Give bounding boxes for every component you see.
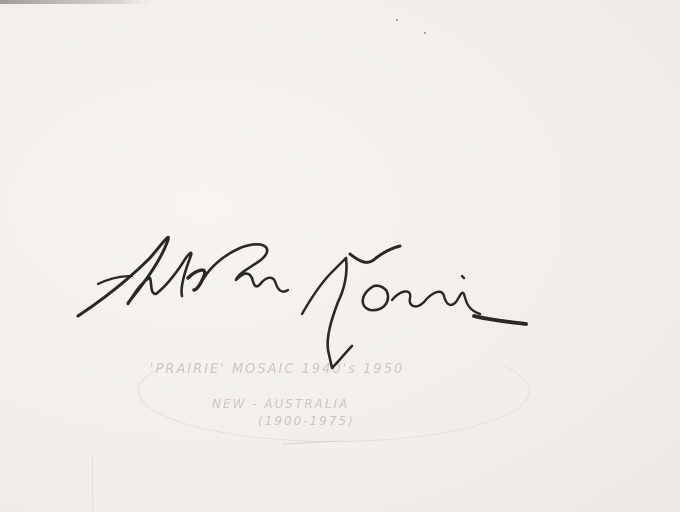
card-edge-shadow	[0, 0, 150, 4]
paper-speck	[396, 19, 398, 21]
signature-card: 'PRAIRIE' MOSAIC 1940's 1950 NEW - AUSTR…	[0, 0, 680, 512]
pencil-underline	[282, 440, 342, 444]
pencil-note-line-3: (1900-1975)	[258, 414, 355, 428]
handwritten-signature: Arthur Moore	[70, 228, 540, 378]
paper-speck	[424, 32, 426, 34]
pencil-note-line-2: NEW - AUSTRALIA	[212, 397, 349, 411]
paper-crease	[92, 455, 93, 512]
